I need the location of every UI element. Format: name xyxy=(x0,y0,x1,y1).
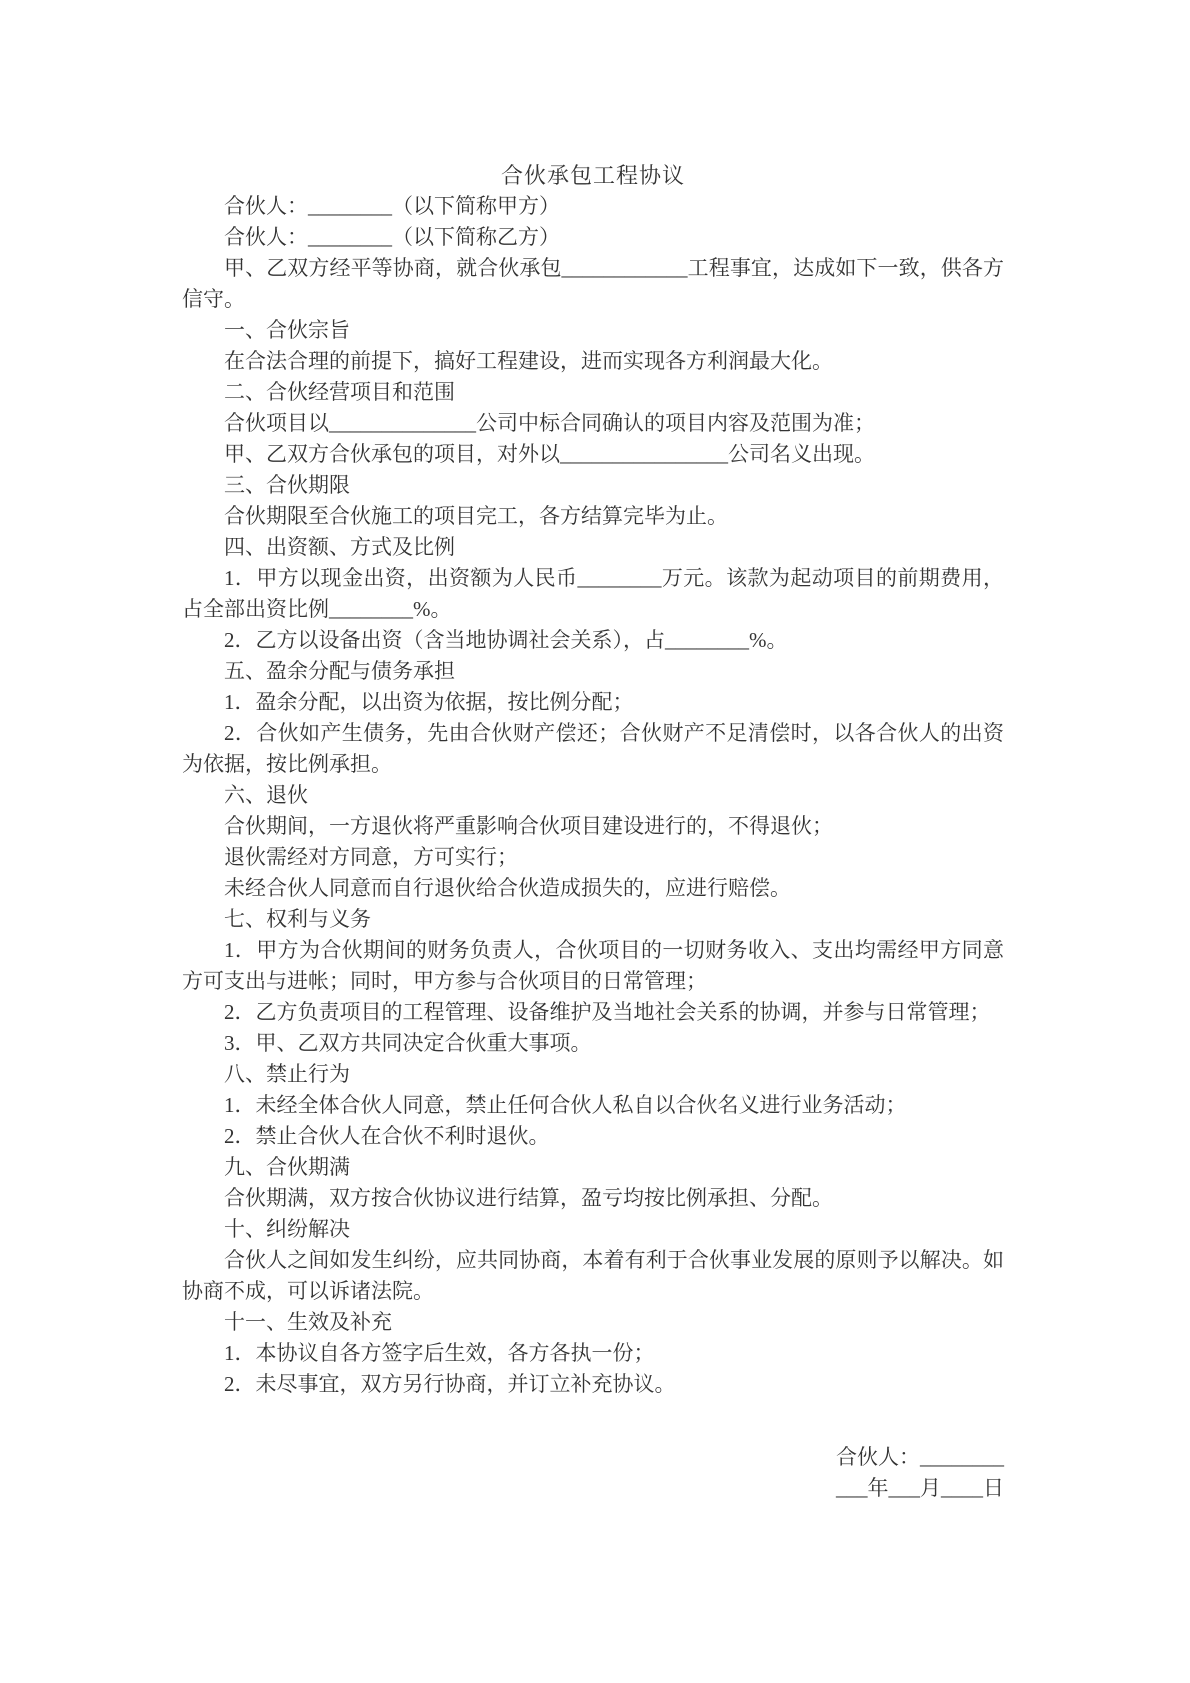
paragraph: 二、合伙经营项目和范围 xyxy=(182,377,1004,408)
paragraph: 1．盈余分配，以出资为依据，按比例分配； xyxy=(182,687,1004,718)
paragraph: 一、合伙宗旨 xyxy=(182,315,1004,346)
paragraph: 十、纠纷解决 xyxy=(182,1214,1004,1245)
signature-date-line: ___年___月____日 xyxy=(182,1473,1004,1504)
paragraph: 十一、生效及补充 xyxy=(182,1307,1004,1338)
paragraph: 合伙项目以______________公司中标合同确认的项目内容及范围为准； xyxy=(182,408,1004,439)
signature-block: 合伙人：________ ___年___月____日 xyxy=(182,1442,1004,1504)
contract-page: 合伙承包工程协议 合伙人：________（以下简称甲方）合伙人：_______… xyxy=(0,0,1190,1683)
paragraph: 合伙人之间如发生纠纷，应共同协商，本着有利于合伙事业发展的原则予以解决。如协商不… xyxy=(182,1245,1004,1307)
paragraph: 1．本协议自各方签字后生效，各方各执一份； xyxy=(182,1338,1004,1369)
paragraph: 2．乙方负责项目的工程管理、设备维护及当地社会关系的协调，并参与日常管理； xyxy=(182,997,1004,1028)
paragraph: 合伙人：________（以下简称甲方） xyxy=(182,191,1004,222)
paragraph: 在合法合理的前提下，搞好工程建设，进而实现各方利润最大化。 xyxy=(182,346,1004,377)
document-title: 合伙承包工程协议 xyxy=(182,160,1004,191)
paragraph: 1．未经全体合伙人同意，禁止任何合伙人私自以合伙名义进行业务活动； xyxy=(182,1090,1004,1121)
paragraph: 1．甲方为合伙期间的财务负责人，合伙项目的一切财务收入、支出均需经甲方同意方可支… xyxy=(182,935,1004,997)
paragraph: 合伙期限至合伙施工的项目完工，各方结算完毕为止。 xyxy=(182,501,1004,532)
paragraph: 2．合伙如产生债务，先由合伙财产偿还；合伙财产不足清偿时，以各合伙人的出资为依据… xyxy=(182,718,1004,780)
paragraph: 七、权利与义务 xyxy=(182,904,1004,935)
paragraph: 2．禁止合伙人在合伙不利时退伙。 xyxy=(182,1121,1004,1152)
paragraph: 九、合伙期满 xyxy=(182,1152,1004,1183)
paragraph: 2．未尽事宜，双方另行协商，并订立补充协议。 xyxy=(182,1369,1004,1400)
paragraph: 未经合伙人同意而自行退伙给合伙造成损失的，应进行赔偿。 xyxy=(182,873,1004,904)
paragraph: 四、出资额、方式及比例 xyxy=(182,532,1004,563)
signature-party-line: 合伙人：________ xyxy=(182,1442,1004,1473)
paragraph: 六、退伙 xyxy=(182,780,1004,811)
paragraph: 合伙期间，一方退伙将严重影响合伙项目建设进行的，不得退伙； xyxy=(182,811,1004,842)
paragraph: 三、合伙期限 xyxy=(182,470,1004,501)
paragraph: 1．甲方以现金出资，出资额为人民币________万元。该款为起动项目的前期费用… xyxy=(182,563,1004,625)
paragraph: 五、盈余分配与债务承担 xyxy=(182,656,1004,687)
paragraph: 甲、乙双方合伙承包的项目，对外以________________公司名义出现。 xyxy=(182,439,1004,470)
document-body: 合伙人：________（以下简称甲方）合伙人：________（以下简称乙方）… xyxy=(182,191,1004,1400)
paragraph: 合伙人：________（以下简称乙方） xyxy=(182,222,1004,253)
paragraph: 3．甲、乙双方共同决定合伙重大事项。 xyxy=(182,1028,1004,1059)
paragraph: 2．乙方以设备出资（含当地协调社会关系），占________%。 xyxy=(182,625,1004,656)
paragraph: 合伙期满，双方按合伙协议进行结算，盈亏均按比例承担、分配。 xyxy=(182,1183,1004,1214)
paragraph: 八、禁止行为 xyxy=(182,1059,1004,1090)
paragraph: 退伙需经对方同意，方可实行； xyxy=(182,842,1004,873)
paragraph: 甲、乙双方经平等协商，就合伙承包____________工程事宜，达成如下一致，… xyxy=(182,253,1004,315)
